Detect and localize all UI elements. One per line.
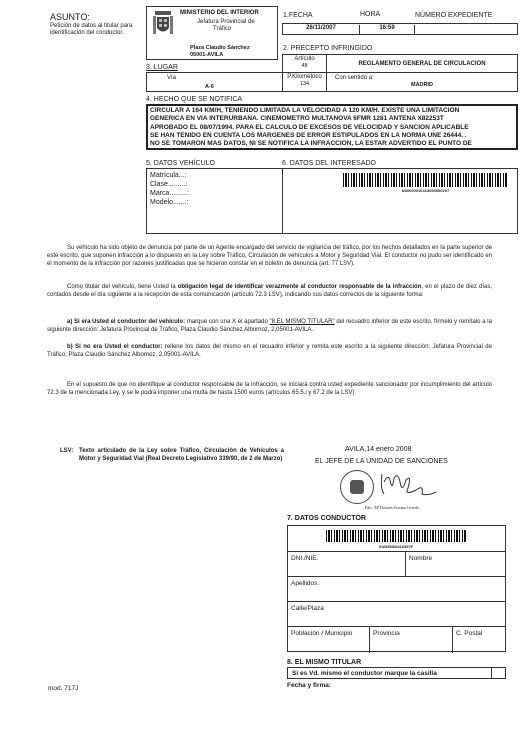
obligacion-pre: Como titular del vehículo, tiene Usted l…: [67, 284, 178, 290]
cpostal-field[interactable]: C. Postal: [453, 627, 505, 653]
sentido-label: Con sentido a:: [327, 73, 517, 82]
lugar-label: 3. LUGAR: [146, 64, 178, 72]
interesado-barcode-number: N30000010413930000207: [343, 188, 508, 193]
mismo-titular-label: 8. EL MISMO TITULAR: [287, 659, 361, 666]
asunto-description: Petición de datos al titular para identi…: [50, 23, 135, 37]
row-poblacion: Población / Municipio Provincia C. Posta…: [288, 626, 505, 652]
hecho-text: CIRCULAR A 164 KM/H, TENIENDO LIMITADA L…: [148, 106, 516, 149]
paragraph-sancion: En el supuesto de que no identifique al …: [47, 381, 492, 397]
dni-field[interactable]: DNI./NIE.: [288, 552, 406, 577]
fecha-firma-label: Fecha y firma:: [287, 682, 331, 689]
option-b-bold: b) Si no era Usted el conductor:: [67, 344, 162, 350]
option-a-pre: marque con una X el apartado: [185, 319, 269, 325]
lsv-label: LSV:: [60, 448, 73, 456]
ministerio-title: MINISTERIO DEL INTERIOR: [180, 10, 259, 16]
cpostal-label: C. Postal: [456, 630, 482, 637]
model-number: mod. 717J: [48, 685, 78, 692]
mismo-titular-text: Si es Vd. mismo el conductor marque la c…: [292, 670, 437, 677]
ministerio-header: MINISTERIO DEL INTERIOR Jefatura Provinc…: [146, 6, 278, 60]
lsv-text: Texto articulado de la Ley sobre Tráfico…: [79, 448, 284, 463]
hecho-line: GENERICA EN VIA INTERURBANA. CINEMOMETRO…: [150, 115, 514, 123]
cargo-firmante: EL JEFE DE LA UNIDAD DE SANCIONES: [315, 458, 448, 465]
pk-label: P.Kilométrico: [283, 73, 326, 81]
expediente-label: NÚMERO EXPEDIENTE: [415, 12, 492, 20]
conductor-barcode-number: XUDEN00410357F: [326, 544, 466, 549]
asunto-title: ASUNTO:: [50, 12, 90, 22]
hecho-line: NO SE TOMARON MAS DATOS, NI SE NOTIFICA …: [150, 140, 514, 148]
coat-of-arms-icon: [153, 11, 173, 36]
lugar-fecha-firma: AVILA,14 enero 2008: [345, 446, 411, 453]
vehiculo-label: 5. DATOS VEHÍCULO: [146, 160, 215, 168]
signature-icon: [378, 470, 438, 500]
hecho-box: CIRCULAR A 164 KM/H, TENIENDO LIMITADA L…: [146, 104, 518, 150]
poblacion-label: Población / Municipio: [291, 630, 352, 637]
modelo-field: Modelo.......:: [150, 199, 189, 207]
fecha-label: 1.FECHA: [283, 12, 313, 20]
sancion-text: En el supuesto de que no identifique al …: [47, 382, 492, 396]
mismo-titular-checkbox[interactable]: [491, 668, 505, 678]
option-a-reference: "8.EL MISMO TITULAR": [270, 319, 335, 325]
lugar-box: Vía A-6: [146, 72, 283, 92]
ministerio-address1: Plaza Claudio Sánchez: [190, 45, 250, 51]
vehiculo-interesado-box: Matrícula...: Clase.........: Marca.....…: [146, 168, 518, 234]
paragraph-denuncia: Su vehículo ha sido objeto de denuncia p…: [47, 244, 492, 268]
interesado-label: 6. DATOS DEL INTERESADO: [282, 160, 376, 168]
official-seal-icon: [340, 470, 374, 504]
articulo-label: Artículo: [283, 55, 326, 63]
fecha-hora-box: 26/11/2007 16:59: [282, 23, 518, 35]
hecho-line: SE HAN TENIDO EN CUENTA LOS MARGENES DE …: [150, 132, 514, 140]
ministerio-address2: 05001-AVILA: [190, 52, 223, 58]
hora-label: HORA: [360, 11, 380, 19]
jefatura-line2: Tráfico: [213, 26, 231, 32]
fecha-value: 26/11/2007: [283, 25, 360, 35]
apellidos-field[interactable]: Apellidos.: [288, 576, 505, 601]
calle-label: Calle/Plaza: [291, 605, 324, 612]
row-dni-nombre: DNI./NIE. Nombre: [288, 551, 505, 576]
articulo-value: 48: [283, 63, 326, 70]
nombre-field[interactable]: Nombre: [406, 552, 505, 577]
hora-value: 16:59: [360, 25, 415, 35]
interesado-barcode: [343, 173, 508, 187]
pk-value: 134: [283, 81, 326, 88]
reglamento-value: REGLAMENTO GENERAL DE CIRCULACION: [327, 55, 517, 73]
conductor-box: XUDEN00410357F DNI./NIE. Nombre Apellido…: [287, 525, 506, 652]
dni-label: DNI./NIE.: [291, 555, 318, 562]
poblacion-field[interactable]: Población / Municipio: [288, 627, 370, 653]
paragraph-denuncia-text: Su vehículo ha sido objeto de denuncia p…: [47, 245, 492, 267]
option-a-bold: a) Si era Usted el conductor del vehícul…: [67, 319, 185, 325]
divider: [282, 169, 283, 233]
jefatura-line1: Jefatura Provincial de: [197, 19, 255, 25]
obligacion-bold: obligación legal de identificar verazmen…: [178, 284, 422, 290]
provincia-field[interactable]: Provincia: [370, 627, 453, 653]
hecho-line: CIRCULAR A 164 KM/H, TENIENDO LIMITADA L…: [150, 107, 514, 115]
calle-field[interactable]: Calle/Plaza: [288, 601, 505, 626]
firmante-nombre: Fdo.: Mª Dolores Serrano Oviedo: [365, 505, 419, 510]
sentido-value: MADRID: [327, 82, 517, 89]
precepto-box: Artículo 48 REGLAMENTO GENERAL DE CIRCUL…: [282, 54, 518, 92]
conductor-barcode: [326, 530, 466, 542]
paragraph-option-a: a) Si era Usted el conductor del vehícul…: [47, 318, 492, 334]
marca-field: Marca.........:: [150, 190, 189, 198]
precepto-label: 2. PRECEPTO INFRINGIDO: [283, 45, 372, 53]
clase-field: Clase.........:: [150, 181, 187, 189]
apellidos-label: Apellidos.: [291, 580, 319, 587]
matricula-field: Matrícula...:: [150, 172, 187, 180]
conductor-label: 7. DATOS CONDUCTOR: [287, 515, 366, 522]
mismo-titular-box: Si es Vd. mismo el conductor marque la c…: [287, 667, 506, 679]
via-label: Vía: [167, 75, 176, 81]
hecho-line: APROBADO EL 08/07/1994. PARA EL CALCULO …: [150, 124, 514, 132]
provincia-label: Provincia: [373, 630, 400, 637]
nombre-label: Nombre: [409, 555, 432, 562]
paragraph-option-b: b) Si no era Usted el conductor: rellene…: [47, 343, 492, 359]
via-value: A-6: [205, 84, 214, 90]
paragraph-obligacion: Como titular del vehículo, tiene Usted l…: [47, 283, 492, 299]
hecho-label: 4. HECHO QUE SE NOTIFICA: [146, 96, 242, 104]
